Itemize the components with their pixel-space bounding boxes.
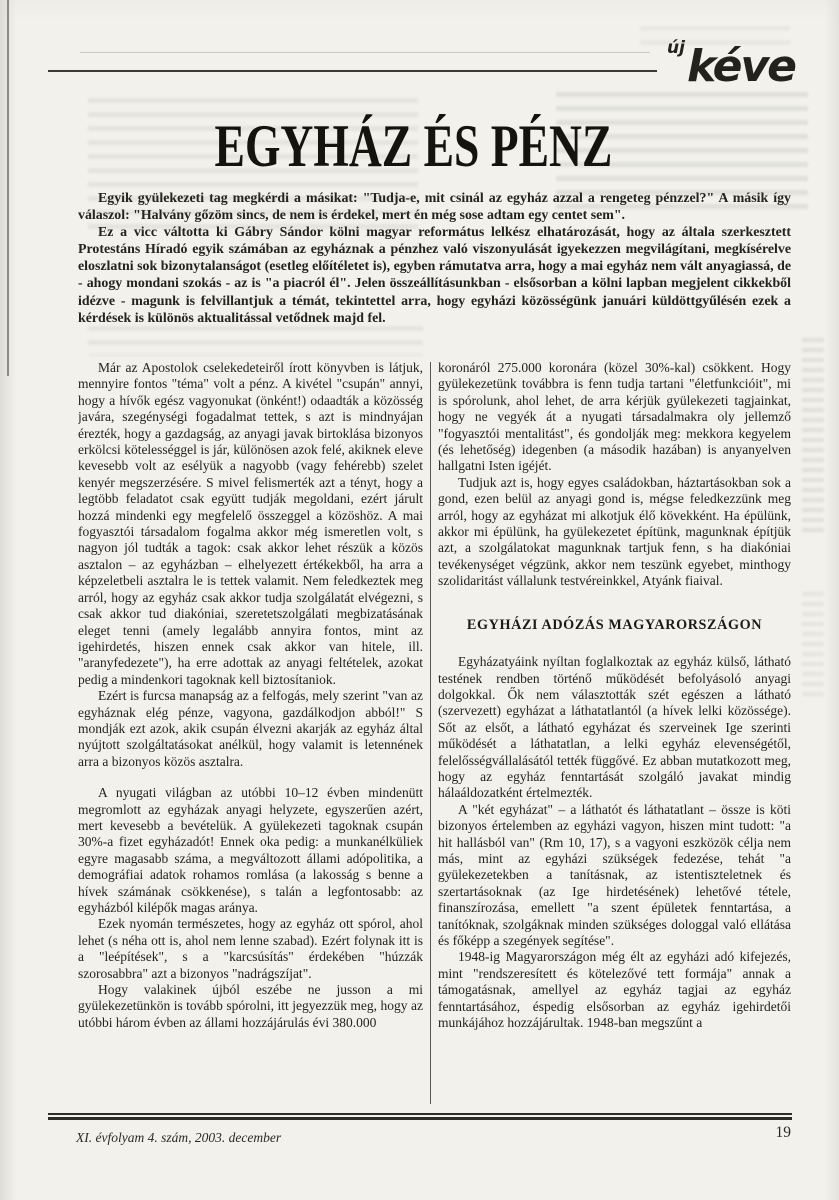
- header-rule-ghost: [80, 52, 650, 53]
- body-paragraph: Ezek nyomán természetes, hogy az egyház …: [78, 916, 423, 982]
- body-paragraph: Hogy valakinek újból eszébe ne jusson a …: [78, 982, 423, 1031]
- article-body: Már az Apostolok cselekedeteiről írott k…: [78, 360, 791, 1110]
- body-paragraph: Ezért is furcsa manapság az a felfogás, …: [78, 688, 423, 770]
- header-rule: [48, 70, 657, 72]
- scan-edge-line: [7, 0, 9, 376]
- right-column: koronáról 275.000 koronára (közel 30%-ka…: [438, 360, 791, 1110]
- bleed-through-artifact: [802, 592, 824, 702]
- body-paragraph: koronáról 275.000 koronára (közel 30%-ka…: [438, 360, 791, 475]
- article-title: EGYHÁZ ÉS PÉNZ: [95, 112, 733, 181]
- body-paragraph: 1948-ig Magyarországon még élt az egyház…: [438, 949, 791, 1031]
- magazine-page: újkéve EGYHÁZ ÉS PÉNZ Egyik gyülekezeti …: [0, 0, 839, 1200]
- article-lead: Egyik gyülekezeti tag megkérdi a másikat…: [78, 190, 791, 327]
- left-column: Már az Apostolok cselekedeteiről írott k…: [78, 360, 423, 1110]
- magazine-logo: újkéve: [667, 38, 795, 92]
- body-paragraph: Már az Apostolok cselekedeteiről írott k…: [78, 360, 423, 688]
- bleed-through-artifact: [88, 326, 423, 356]
- logo-word: kéve: [687, 41, 795, 92]
- footer-rule: [48, 1113, 792, 1120]
- column-divider: [430, 362, 431, 1104]
- lead-paragraph: Egyik gyülekezeti tag megkérdi a másikat…: [78, 190, 791, 224]
- lead-paragraph: Ez a vicc váltotta ki Gábry Sándor kölni…: [78, 224, 791, 327]
- section-heading: EGYHÁZI ADÓZÁS MAGYARORSZÁGON: [438, 617, 791, 633]
- bleed-through-artifact: [802, 338, 824, 533]
- body-paragraph: A nyugati világban az utóbbi 10–12 évben…: [78, 785, 423, 916]
- issue-line: XI. évfolyam 4. szám, 2003. december: [76, 1130, 281, 1146]
- body-paragraph: Egyházatyáink nyíltan foglalkoztak az eg…: [438, 654, 791, 802]
- body-paragraph: Tudjuk azt is, hogy egyes családokban, h…: [438, 475, 791, 590]
- page-number: 19: [776, 1124, 792, 1142]
- body-paragraph: A "két egyházat" – a láthatót és láthata…: [438, 802, 791, 950]
- logo-prefix: új: [667, 38, 685, 58]
